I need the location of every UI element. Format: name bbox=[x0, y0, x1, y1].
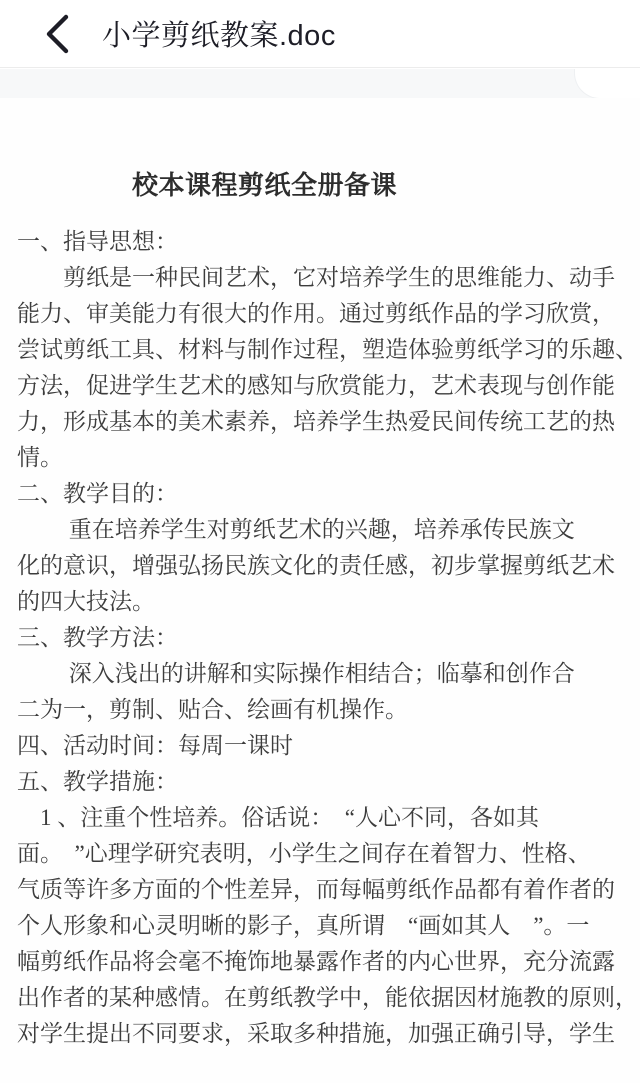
doc-line: 1 、注重个性培养。俗话说： “人心不同，各如其 bbox=[17, 800, 629, 836]
document-filename: 小学剪纸教案.doc bbox=[102, 13, 336, 54]
doc-line: 对学生提出不同要求，采取多种措施，加强正确引导，学生 bbox=[17, 1016, 629, 1052]
doc-line: 力，形成基本的美术素养，培养学生热爱民间传统工艺的热 bbox=[17, 404, 629, 440]
doc-line: 个人形象和心灵明晰的影子，真所谓 “画如其人 ”。一 bbox=[17, 908, 629, 944]
back-button[interactable] bbox=[44, 13, 70, 55]
doc-line: 气质等许多方面的个性差异，而每幅剪纸作品都有着作者的 bbox=[17, 872, 629, 908]
doc-line: 二为一，剪制、贴合、绘画有机操作。 bbox=[17, 692, 629, 728]
doc-line: 一、指导思想： bbox=[17, 224, 629, 260]
document-title: 校本课程剪纸全册备课 bbox=[132, 165, 397, 202]
document-body: 一、指导思想： 剪纸是一种民间艺术，它对培养学生的思维能力、动手能力、审美能力有… bbox=[17, 224, 629, 1052]
doc-line: 幅剪纸作品将会毫不掩饰地暴露作者的内心世界，充分流露 bbox=[17, 944, 629, 980]
app-header: 小学剪纸教案.doc bbox=[0, 0, 640, 68]
doc-line: 四、活动时间：每周一课时 bbox=[17, 728, 629, 764]
chevron-left-icon bbox=[44, 13, 70, 55]
doc-line: 能力、审美能力有很大的作用。通过剪纸作品的学习欣赏， bbox=[17, 296, 629, 332]
doc-line: 方法，促进学生艺术的感知与欣赏能力，艺术表现与创作能 bbox=[17, 368, 629, 404]
header-shadow-band bbox=[0, 69, 640, 98]
doc-line: 二、教学目的： bbox=[17, 476, 629, 512]
doc-line: 情。 bbox=[17, 440, 629, 476]
doc-line: 尝试剪纸工具、材料与制作过程，塑造体验剪纸学习的乐趣、 bbox=[17, 332, 629, 368]
doc-line: 剪纸是一种民间艺术，它对培养学生的思维能力、动手 bbox=[17, 260, 629, 296]
doc-line: 重在培养学生对剪纸艺术的兴趣，培养承传民族文 bbox=[17, 512, 629, 548]
doc-line: 三、教学方法： bbox=[17, 620, 629, 656]
doc-line: 出作者的某种感情。在剪纸教学中，能依据因材施教的原则， bbox=[17, 980, 629, 1016]
doc-line: 化的意识，增强弘扬民族文化的责任感，初步掌握剪纸艺术 bbox=[17, 548, 629, 584]
doc-line: 的四大技法。 bbox=[17, 584, 629, 620]
document-page[interactable]: 校本课程剪纸全册备课 一、指导思想： 剪纸是一种民间艺术，它对培养学生的思维能力… bbox=[0, 98, 640, 1083]
doc-line: 五、教学措施： bbox=[17, 764, 629, 800]
doc-line: 面。 ”心理学研究表明，小学生之间存在着智力、性格、 bbox=[17, 836, 629, 872]
doc-line: 深入浅出的讲解和实际操作相结合；临摹和创作合 bbox=[17, 656, 629, 692]
